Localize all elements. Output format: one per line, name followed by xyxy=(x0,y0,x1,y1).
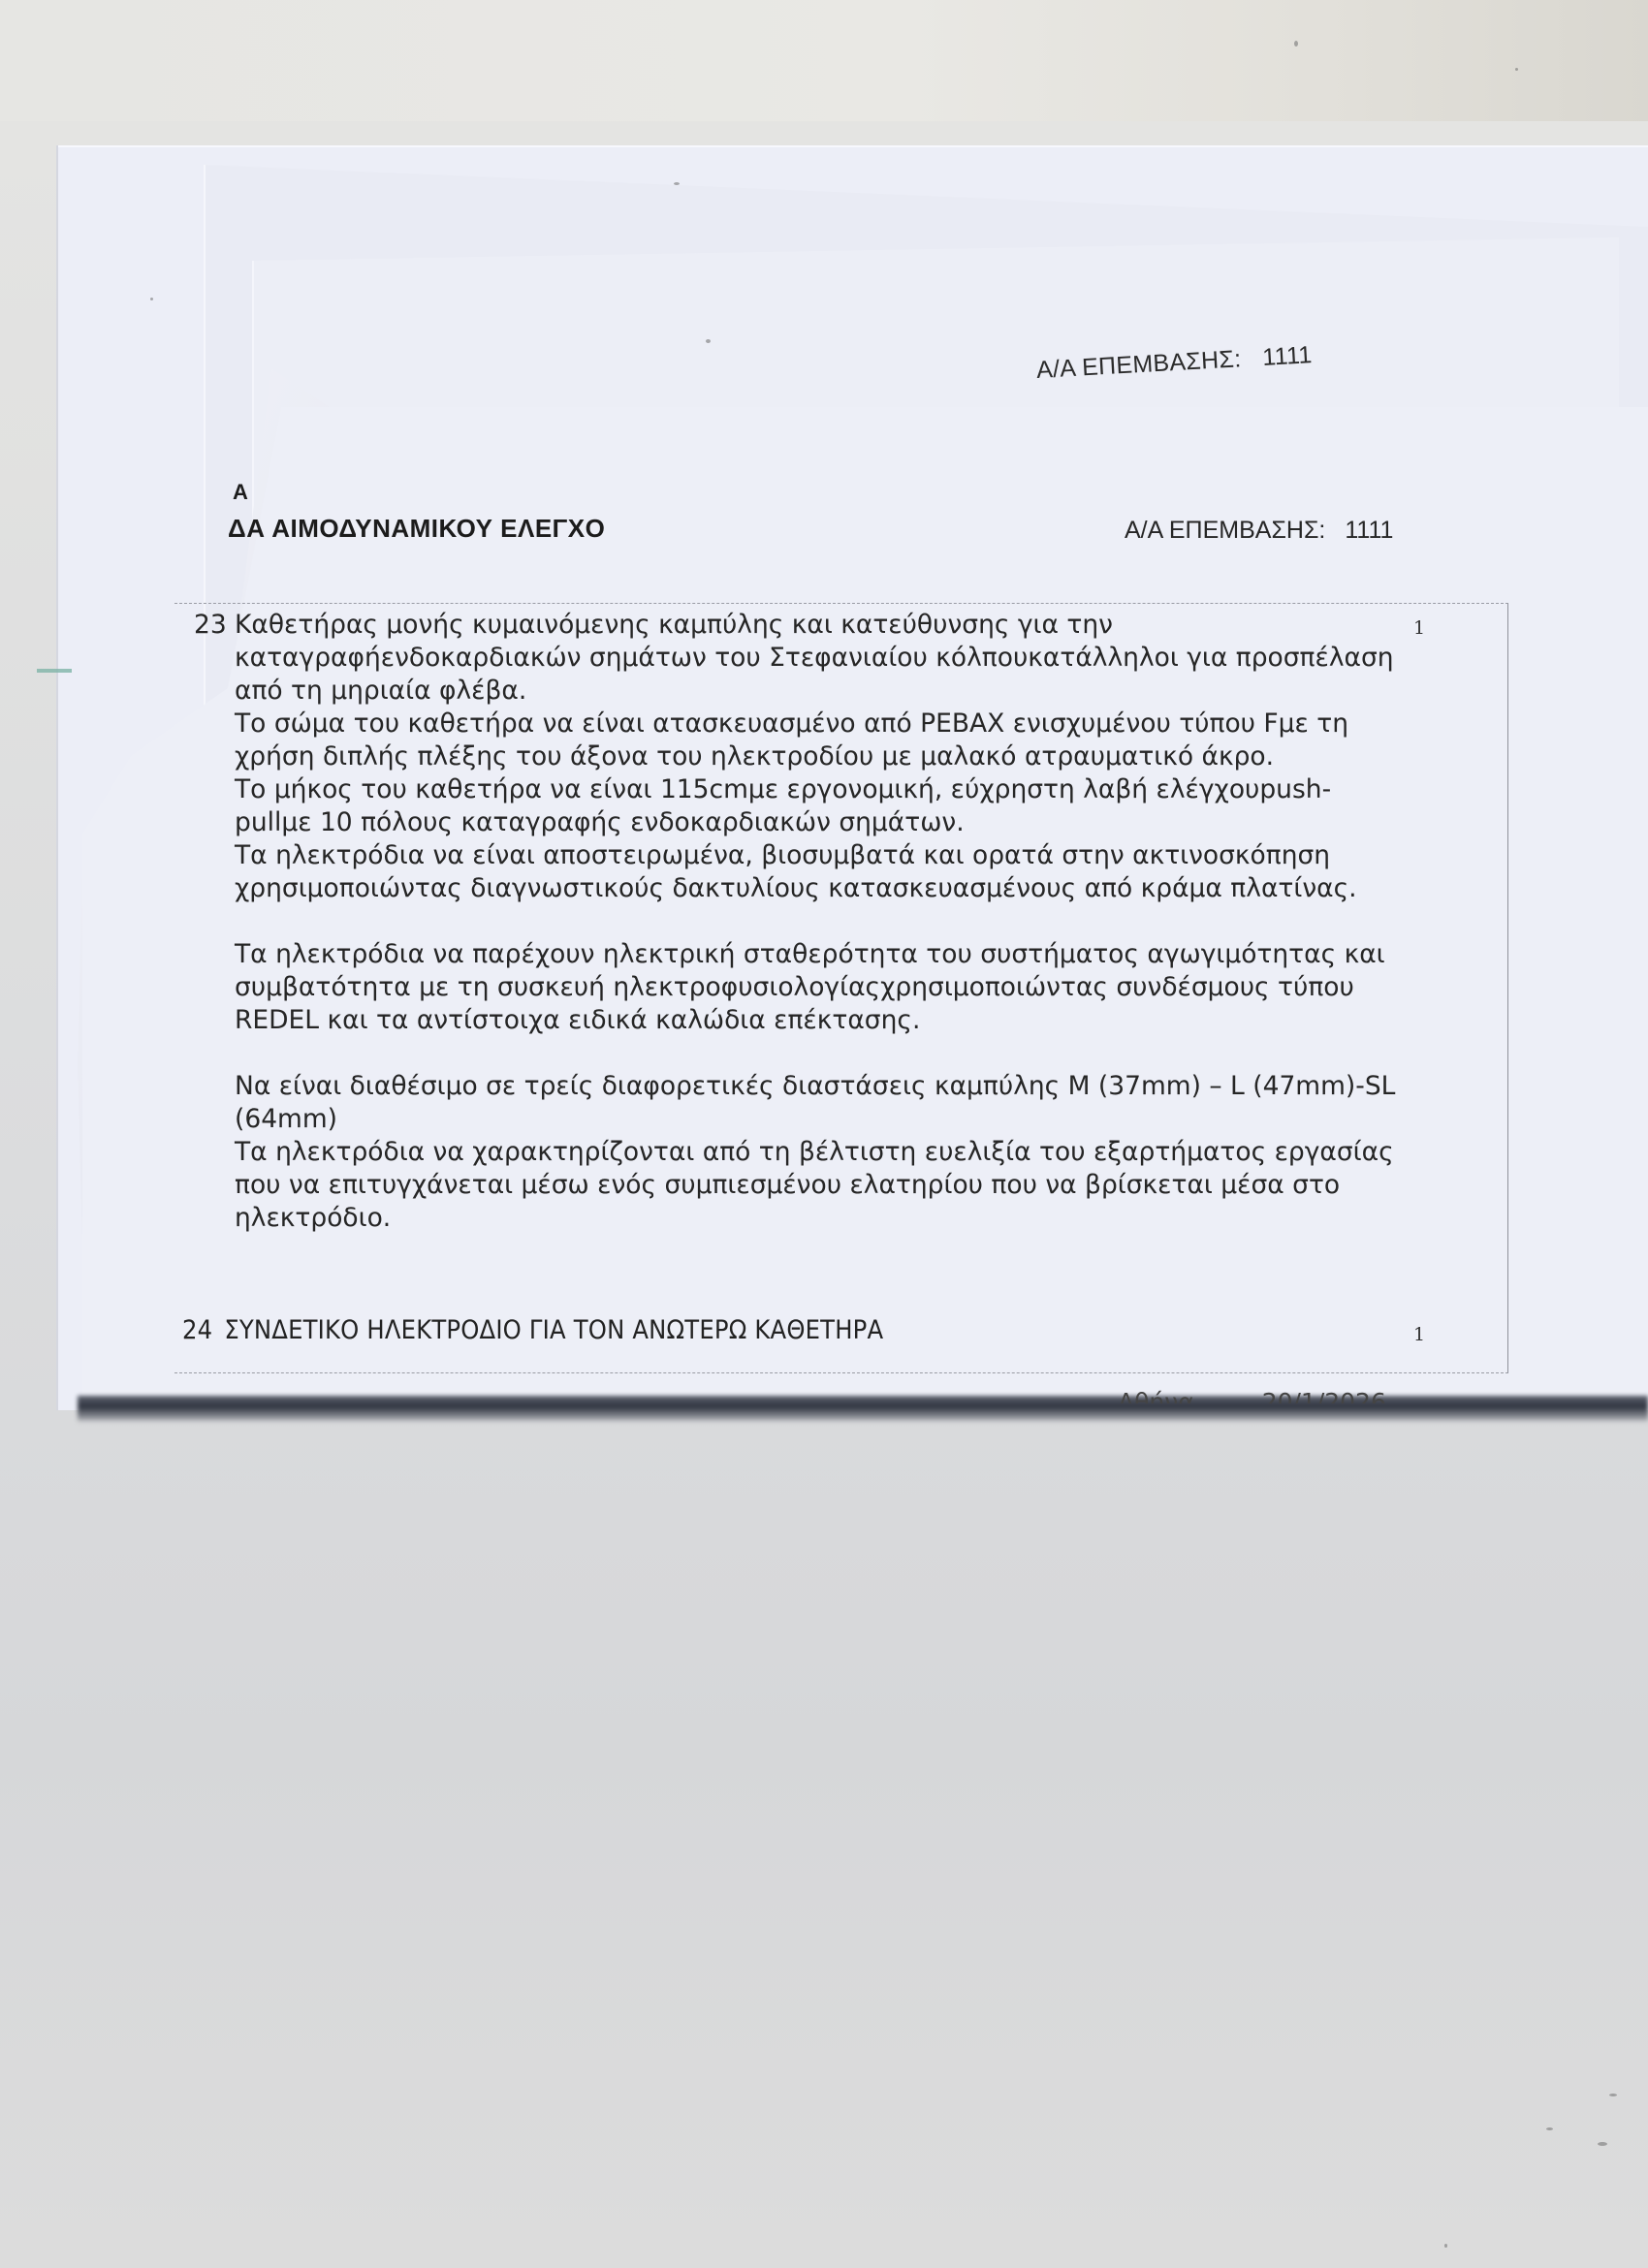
description-paragraph: Τα ηλεκτρόδια να παρέχουν ηλεκτρική σταθ… xyxy=(235,938,1396,1037)
dust-speck xyxy=(674,182,680,185)
document-title: ΔΑ ΑΙΜΟΔΥΝΑΜΙΚΟΥ ΕΛΕΓΧΟ xyxy=(228,514,605,544)
description-paragraph: Το σώμα του καθετήρα να είναι ατασκευασμ… xyxy=(235,708,1396,773)
sheet-bottom-shadow xyxy=(78,1396,1648,1423)
dust-speck xyxy=(1546,2127,1553,2130)
paragraph-gap xyxy=(235,1037,1396,1070)
table-row: 24ΣΥΝΔΕΤΙΚΟ ΗΛΕΚΤΡΟΔΙΟ ΓΙΑ ΤΟΝ ΑΝΩΤΕΡΩ Κ… xyxy=(182,1315,883,1345)
document-title-fragment: Α xyxy=(233,480,248,505)
dust-speck xyxy=(706,339,711,343)
dust-speck xyxy=(1609,2094,1617,2096)
description-paragraph: Τα ηλεκτρόδια να είναι αποστειρωμένα, βι… xyxy=(235,839,1396,905)
front-header-number: 1111 xyxy=(1345,517,1393,544)
description-paragraph: Καθετήρας μονής κυμαινόμενης καμπύλης κα… xyxy=(235,609,1396,708)
back-header-number: 1111 xyxy=(1262,341,1314,371)
front-header-label: Α/Α ΕΠΕΜΒΑΣΗΣ: xyxy=(1125,517,1325,544)
front-sheet-procedure-number: Α/Α ΕΠΕΜΒΑΣΗΣ:1111 xyxy=(1125,517,1393,545)
description-paragraph: Το μήκος του καθετήρα να είναι 115cmμε ε… xyxy=(235,773,1396,839)
scanner-lid-background xyxy=(0,0,1648,121)
item-index: 23 xyxy=(194,609,233,642)
stray-green-mark xyxy=(37,669,72,673)
dust-speck xyxy=(1515,68,1518,71)
dust-speck xyxy=(1598,2142,1607,2146)
item-quantity: 1 xyxy=(1413,1324,1425,1345)
table-row: 23 Καθετήρας μονής κυμαινόμενης καμπύλης… xyxy=(194,609,1396,1235)
dust-speck xyxy=(150,298,153,300)
description-paragraph: Να είναι διαθέσιμο σε τρείς διαφορετικές… xyxy=(235,1070,1396,1136)
item-index: 24 xyxy=(182,1315,212,1345)
item-quantity: 1 xyxy=(1413,617,1425,639)
item-description: ΣΥΝΔΕΤΙΚΟ ΗΛΕΚΤΡΟΔΙΟ ΓΙΑ ΤΟΝ ΑΝΩΤΕΡΩ ΚΑΘ… xyxy=(224,1315,883,1345)
paragraph-gap xyxy=(235,905,1396,938)
dust-speck xyxy=(1294,41,1298,47)
dust-speck xyxy=(1444,2244,1447,2248)
item-description: Καθετήρας μονής κυμαινόμενης καμπύλης κα… xyxy=(235,609,1396,1235)
description-paragraph: Τα ηλεκτρόδια να χαρακτηρίζονται από τη … xyxy=(235,1136,1396,1235)
